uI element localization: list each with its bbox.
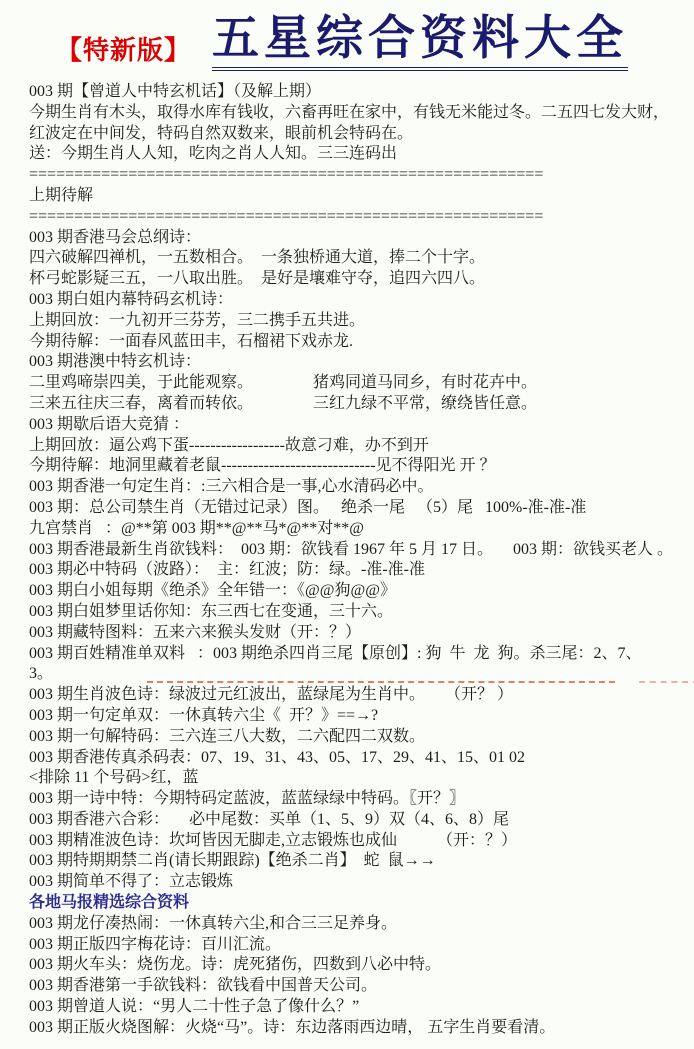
text-line: 003 期一诗中特：今期特码定蓝波，蓝蓝绿绿中特码。〖开？〗 — [29, 789, 680, 810]
text-line: ========================================… — [29, 165, 680, 186]
text-line: 三来五往庆三春，离着而转依。 三红九绿不平常，缭绕皆任意。 — [29, 394, 680, 415]
text-line: 003 期正版四字梅花诗：百川汇流。 — [29, 935, 680, 956]
text-line: <排除 11 个号码>红，蓝 — [29, 768, 680, 789]
text-line: 003 期【曾道人中特玄机话】（及解上期） — [29, 82, 680, 103]
text-line: 送：今期生肖人人知，吃肉之肖人人知。三三连码出 — [29, 144, 680, 165]
text-line: 003 期藏特图料：五来六来猴头发财（开：？） — [29, 623, 680, 644]
text-line: 003 期香港六合彩： 必中尾数：买单（1、5、9）双（4、6、8）尾 — [29, 810, 680, 831]
text-line: 003 期白小姐每期《绝杀》全年错一：《@@狗@@》 — [29, 581, 680, 602]
page-title: 五星综合资料大全 — [212, 14, 628, 71]
text-line: 二里鸡啼崇四美，于此能观察。 猪鸡同道马同乡，有时花卉中。 — [29, 373, 680, 394]
text-line: 003 期：总公司禁生肖（无错过记录）图。 绝杀一尾 （5）尾 100%-准-准… — [29, 498, 680, 519]
text-line: 003 期白姐内幕特码玄机诗： — [29, 290, 680, 311]
text-line: 003 期香港最新生肖欲钱料： 003 期：欲钱看 1967 年 5 月 17 … — [29, 540, 680, 561]
text-line: 四六破解四禅机，一五数相合。 一条独桥通大道，捧二个十字。 — [29, 248, 680, 269]
text-line: 003 期一句定单双：一休真转六尘《 开？》==→? — [29, 706, 680, 727]
text-line: 003 期正版火烧图解：火烧“马”。诗：东边落雨西边晴， 五字生肖要看清。 — [29, 1018, 680, 1039]
text-line: 003 期港澳中特玄机诗： — [29, 352, 680, 373]
text-line: 003 期必中特码（波路）： 主：红波；防：绿。-准-准-准 — [29, 560, 680, 581]
text-line: 今期待解：地洞里藏着老鼠----------------------------… — [29, 456, 680, 477]
text-line: 003 期简单不得了：立志锻炼 — [29, 872, 680, 893]
section-heading: 各地马报精选综合资料 — [29, 893, 680, 914]
text-line: 003 期生肖波色诗：绿波过元红波出，蓝绿尾为生肖中。 （开？ ） — [29, 685, 680, 706]
text-line: 上期回放：逼公鸡下蛋------------------故意刁难，办不到开 — [29, 436, 680, 457]
text-line: 今期待解：一面春风蓝田丰，石榴裙下戏赤龙. — [29, 332, 680, 353]
text-line: 九宫禁肖 ：@**第 003 期**@**马*@**对**@ — [29, 519, 680, 540]
document-page: 【特新版】 五星综合资料大全 003 期【曾道人中特玄机话】（及解上期）今期生肖… — [0, 0, 694, 1049]
text-line: 上期回放：一九初开三芬芳，三二携手五共进。 — [29, 311, 680, 332]
text-line: ========================================… — [29, 207, 680, 228]
text-line: 003 期曾道人说：“男人二十性子急了像什么？” — [29, 997, 680, 1018]
text-line: 003 期白姐梦里话你知：东三西七在变通，三十六。 — [29, 602, 680, 623]
text-line: 今期生肖有木头，取得水库有钱收，六畜再旺在家中，有钱无米能过冬。二五四七发大财， — [29, 103, 680, 124]
red-dash-marks — [147, 681, 615, 683]
text-line: 003 期特期期禁二肖(请长期跟踪)【绝杀二肖】 蛇 鼠→→ — [29, 851, 680, 872]
text-line: 003 期龙仔凑热闹：一休真转六尘,和合三三足养身。 — [29, 914, 680, 935]
content-lines: 003 期【曾道人中特玄机话】（及解上期）今期生肖有木头，取得水库有钱收，六畜再… — [0, 82, 694, 1039]
text-line: 003 期火车头：烧伤龙。诗：虎死猪伤，四数到八必中特。 — [29, 955, 680, 976]
text-line: 003 期精准波色诗：坎坷皆因无脚走,立志锻炼也成仙 （开：？） — [29, 831, 680, 852]
text-line: 003 期香港一句定生肖：:三六相合是一事,心水清码必中。 — [29, 477, 680, 498]
text-line: 003 期香港第一手欲钱料：欲钱看中国普天公司。 — [29, 976, 680, 997]
document-header: 【特新版】 五星综合资料大全 — [0, 12, 694, 78]
text-line: 003 期一句解特码：三六连三八大数，二六配四二双数。 — [29, 727, 680, 748]
text-line: 上期待解 — [29, 186, 680, 207]
text-line: 003 期香港马会总纲诗： — [29, 228, 680, 249]
text-line: 003 期歇后语大竞猜 ： — [29, 415, 680, 436]
text-line: 红波定在中间发，特码自然双数来，眼前机会特码在。 — [29, 124, 680, 145]
text-line: 003 期香港传真杀码表：07、19、31、43、05、17、29、41、15、… — [29, 748, 680, 769]
text-line: 杯弓蛇影疑三五，一八取出胜。 是好是壤难守夺，追四六四八。 — [29, 269, 680, 290]
edition-label: 【特新版】 — [56, 30, 191, 67]
text-line: 003 期百姓精准单双料 ：003 期绝杀四肖三尾【原创】: 狗 牛 龙 狗。杀… — [29, 644, 680, 665]
